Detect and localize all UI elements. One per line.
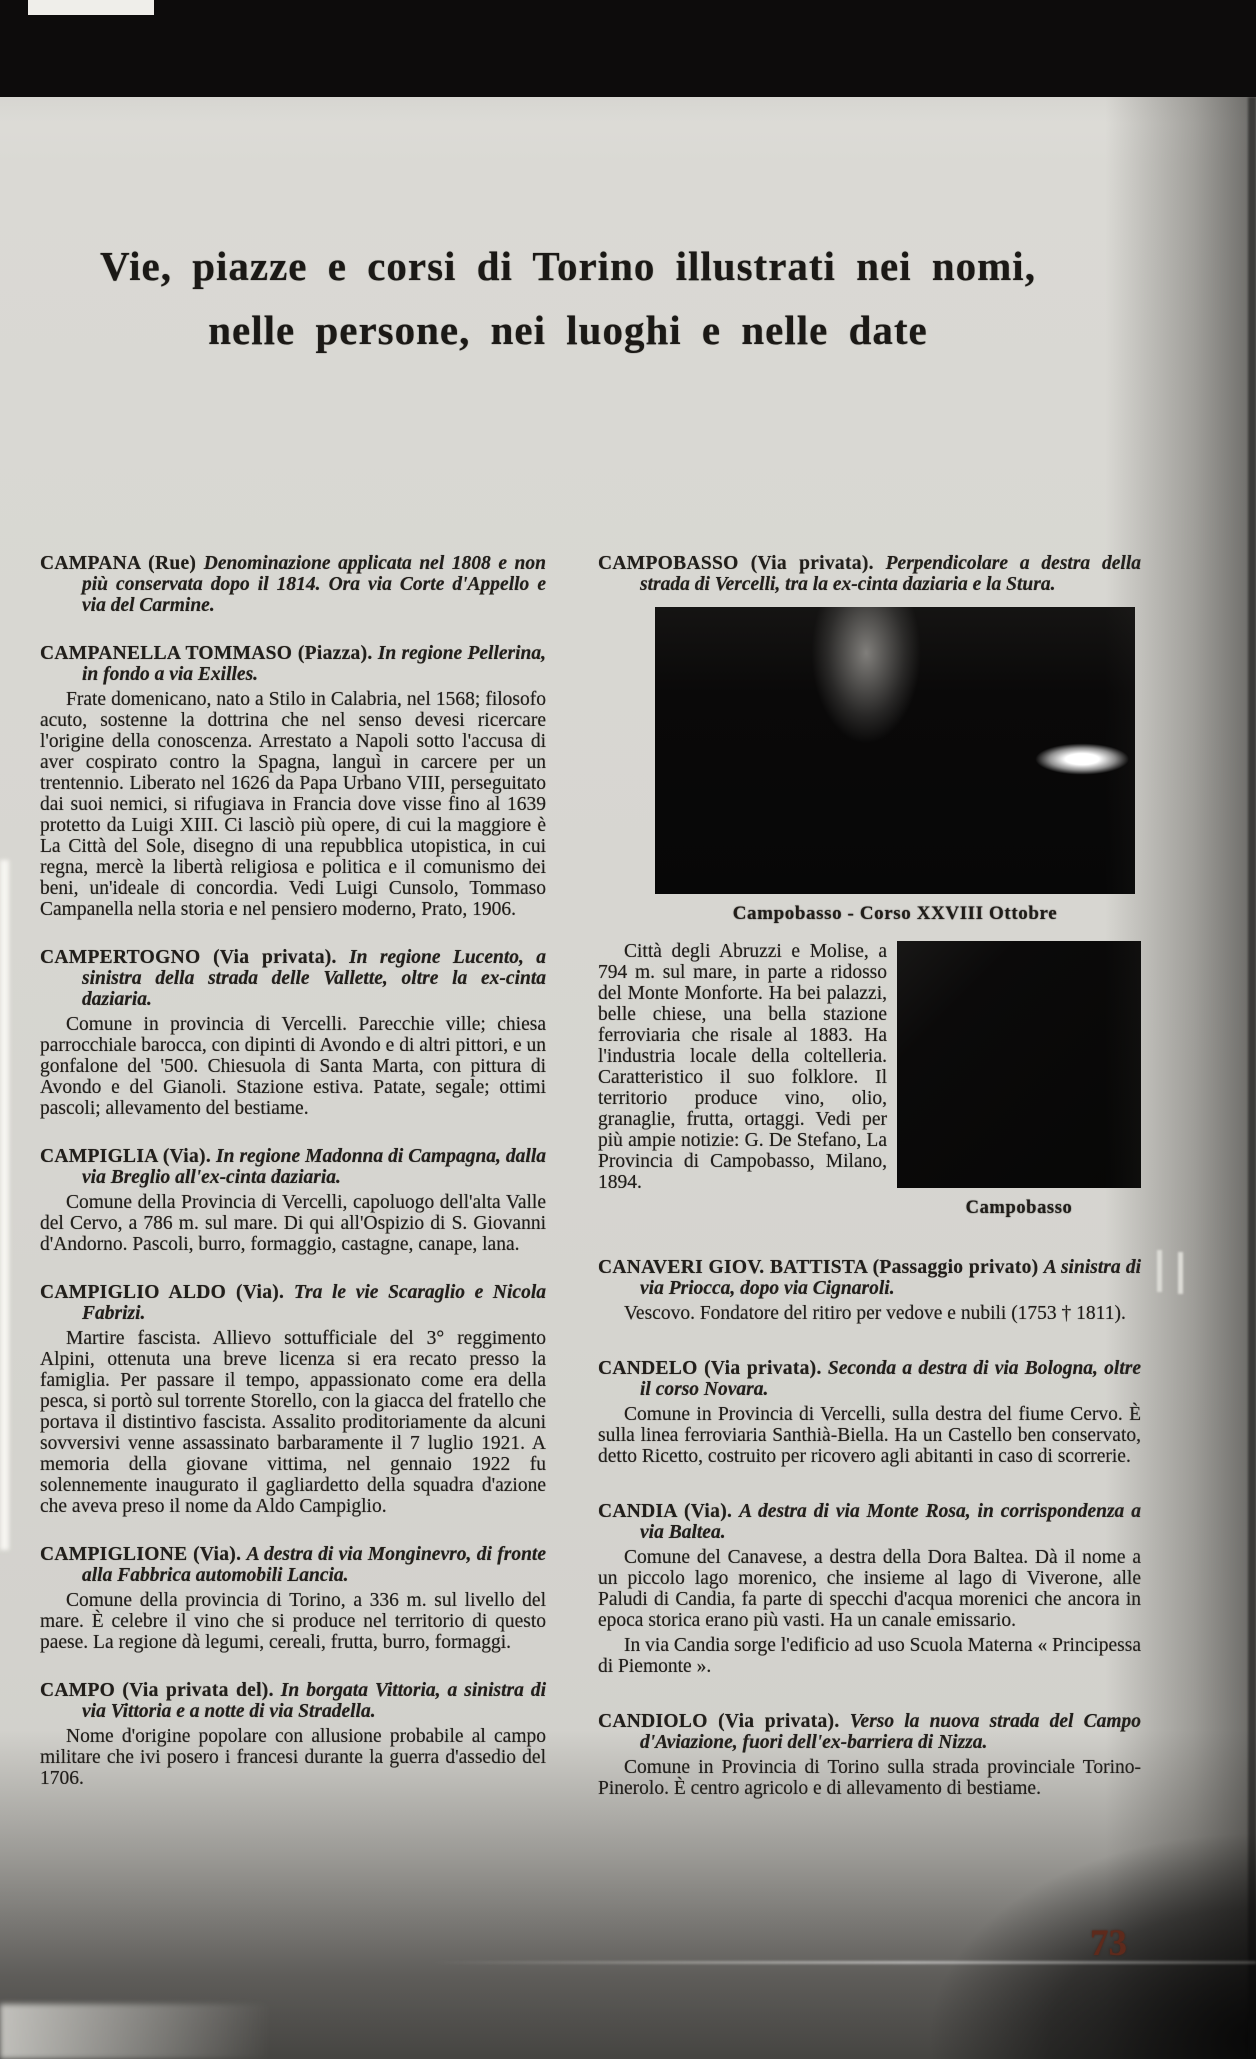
entry-campiglia: CAMPIGLIA (Via). In regione Madonna di C… — [40, 1146, 546, 1255]
street-photo-image — [655, 607, 1135, 894]
entry-heading: CAMPANELLA TOMMASO (Piazza). In regione … — [40, 643, 546, 685]
title-line-1: Vie, piazze e corsi di Torino illustrati… — [30, 234, 1106, 298]
entry-heading: CAMPO (Via privata del). In borgata Vitt… — [40, 1680, 546, 1722]
headword: CAMPIGLIA (Via). — [40, 1146, 211, 1167]
headword: CANDIA (Via). — [598, 1501, 732, 1522]
entry-heading: CANAVERI GIOV. BATTISTA (Passaggio priva… — [598, 1257, 1141, 1299]
right-page-edge-shadow — [1248, 97, 1256, 2059]
entry-campertogno: CAMPERTOGNO (Via privata). In regione Lu… — [40, 947, 546, 1119]
entry-candelo: CANDELO (Via privata). Seconda a destra … — [598, 1358, 1141, 1467]
entry-candia: CANDIA (Via). A destra di via Monte Rosa… — [598, 1501, 1141, 1677]
top-left-white-notch — [28, 0, 154, 15]
entry-campobasso: CAMPOBASSO (Via privata). Perpendicolare… — [598, 553, 1141, 1223]
entry-campana: CAMPANA (Rue) Denominazione applicata ne… — [40, 553, 546, 616]
headword: CANDIOLO (Via privata). — [598, 1711, 840, 1732]
entry-campiglione: CAMPIGLIONE (Via). A destra di via Mongi… — [40, 1544, 546, 1653]
entry-paragraph: Comune della Provincia di Vercelli, capo… — [40, 1192, 546, 1255]
photo-campobasso-view: Campobasso — [897, 941, 1141, 1219]
headword: CANAVERI GIOV. BATTISTA (Passaggio priva… — [598, 1257, 1038, 1278]
headword: CAMPERTOGNO (Via privata). — [40, 947, 337, 968]
entry-heading: CAMPANA (Rue) Denominazione applicata ne… — [40, 553, 546, 616]
entry-heading: CANDELO (Via privata). Seconda a destra … — [598, 1358, 1141, 1400]
entry-paragraph: Martire fascista. Allievo sottufficiale … — [40, 1328, 546, 1517]
headword: CAMPIGLIO ALDO (Via). — [40, 1282, 284, 1303]
headword: CAMPIGLIONE (Via). — [40, 1544, 241, 1565]
top-black-band — [0, 0, 1256, 97]
photo-caption: Campobasso — [897, 1198, 1141, 1219]
entry-paragraph: Comune in provincia di Vercelli. Parecch… — [40, 1014, 546, 1119]
entry-campanella-tommaso: CAMPANELLA TOMMASO (Piazza). In regione … — [40, 643, 546, 920]
entry-heading: CAMPIGLIO ALDO (Via). Tra le vie Scaragl… — [40, 1282, 546, 1324]
entry-campiglio-aldo: CAMPIGLIO ALDO (Via). Tra le vie Scaragl… — [40, 1282, 546, 1517]
page-title: Vie, piazze e corsi di Torino illustrati… — [30, 234, 1106, 362]
entry-heading: CANDIOLO (Via privata). Verso la nuova s… — [598, 1711, 1141, 1753]
headword: CANDELO (Via privata). — [598, 1358, 822, 1379]
page-number: 73 — [1090, 1922, 1127, 1965]
entry-heading: CAMPIGLIONE (Via). A destra di via Mongi… — [40, 1544, 546, 1586]
entry-heading: CAMPOBASSO (Via privata). Perpendicolare… — [598, 553, 1141, 595]
edge-mark — [1178, 1252, 1183, 1294]
entry-paragraph: Comune in Provincia di Torino sulla stra… — [598, 1757, 1141, 1799]
scanned-book-page: Vie, piazze e corsi di Torino illustrati… — [0, 0, 1256, 2059]
photo-caption: Campobasso - Corso XXVIII Ottobre — [655, 903, 1135, 925]
left-page-edge-highlight — [0, 860, 9, 1550]
entry-paragraph: Comune in Provincia di Vercelli, sulla d… — [598, 1404, 1141, 1467]
light-streak — [430, 1961, 1256, 1964]
title-line-2: nelle persone, nei luoghi e nelle date — [30, 298, 1106, 362]
entry-canaveri-giov-battista: CANAVERI GIOV. BATTISTA (Passaggio priva… — [598, 1257, 1141, 1324]
left-column: CAMPANA (Rue) Denominazione applicata ne… — [40, 553, 546, 1816]
entry-heading: CAMPERTOGNO (Via privata). In regione Lu… — [40, 947, 546, 1010]
headword: CAMPANA (Rue) — [40, 553, 196, 574]
entry-campo: CAMPO (Via privata del). In borgata Vitt… — [40, 1680, 546, 1789]
entry-paragraph: Comune del Canavese, a destra della Dora… — [598, 1547, 1141, 1631]
entry-paragraph: Nome d'origine popolare con allusione pr… — [40, 1726, 546, 1789]
entry-paragraph: Vescovo. Fondatore del ritiro per vedove… — [598, 1303, 1141, 1324]
entry-heading: CANDIA (Via). A destra di via Monte Rosa… — [598, 1501, 1141, 1543]
entry-candiolo: CANDIOLO (Via privata). Verso la nuova s… — [598, 1711, 1141, 1799]
entry-paragraph: Frate domenicano, nato a Stilo in Calabr… — [40, 689, 546, 920]
edge-mark — [1157, 1250, 1162, 1292]
right-column: CAMPOBASSO (Via privata). Perpendicolare… — [598, 553, 1141, 1833]
headword: CAMPOBASSO (Via privata). — [598, 553, 874, 574]
photo-campobasso-corso: Campobasso - Corso XXVIII Ottobre — [655, 607, 1135, 925]
headword: CAMPO (Via privata del). — [40, 1680, 274, 1701]
entry-paragraph: Comune della provincia di Torino, a 336 … — [40, 1590, 546, 1653]
headword: CAMPANELLA TOMMASO (Piazza). — [40, 643, 373, 664]
text-with-photo: Campobasso Città degli Abruzzi e Molise,… — [598, 941, 1141, 1223]
city-photo-image — [897, 941, 1141, 1188]
bottom-left-light-corner — [0, 2004, 330, 2059]
entry-paragraph: In via Candia sorge l'edificio ad uso Sc… — [598, 1635, 1141, 1677]
entry-heading: CAMPIGLIA (Via). In regione Madonna di C… — [40, 1146, 546, 1188]
